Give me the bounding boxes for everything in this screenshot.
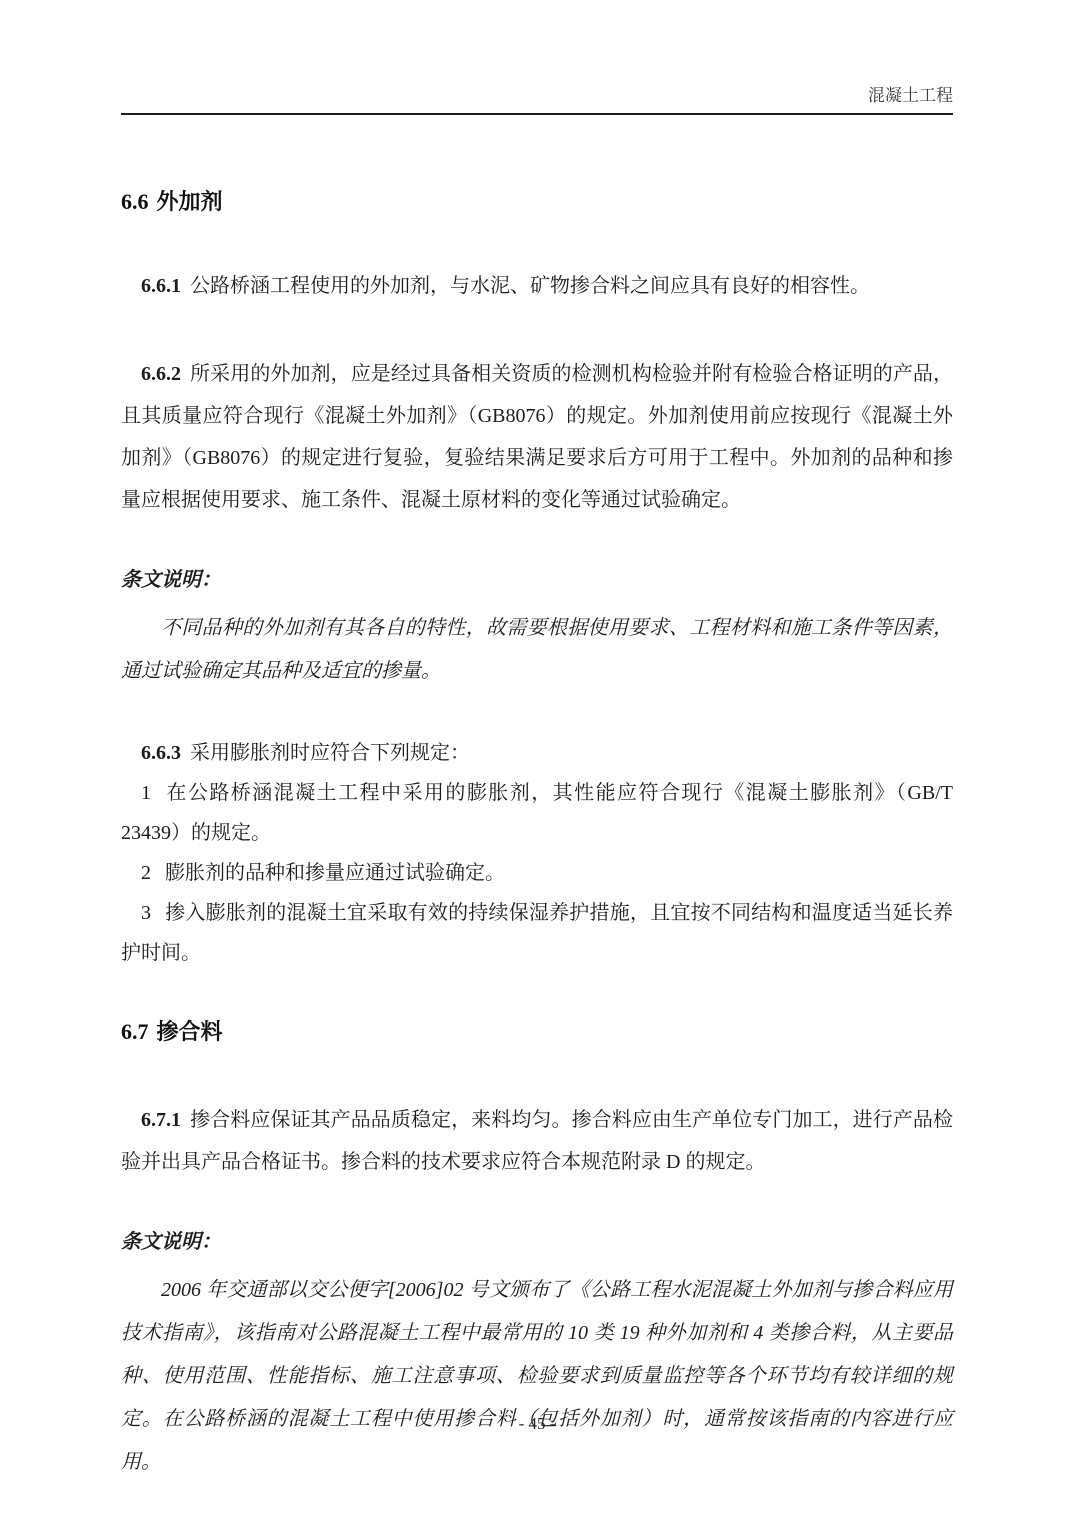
section-title: 外加剂 [157, 189, 223, 214]
item-number: 2 [141, 862, 151, 884]
commentary-label-6-7: 条文说明： [121, 1229, 953, 1255]
commentary-text-6-6: 不同品种的外加剂有其各自的特性，故需要根据使用要求、工程材料和施工条件等因素，通… [121, 607, 953, 693]
section-number: 6.6 [121, 189, 149, 214]
section-heading-6-7: 6.7掺合料 [121, 1019, 953, 1045]
clause-number: 6.6.1 [141, 275, 181, 297]
clause-text: 所采用的外加剂，应是经过具备相关资质的检测机构检验并附有检验合格证明的产品，且其… [121, 363, 953, 511]
section-title: 掺合料 [157, 1019, 223, 1044]
item-number: 3 [141, 902, 151, 924]
clause-text: 采用膨胀剂时应符合下列规定： [190, 742, 470, 764]
clause-6-6-1: 6.6.1公路桥涵工程使用的外加剂，与水泥、矿物掺合料之间应具有良好的相容性。 [121, 265, 953, 307]
list-item-1: 1在公路桥涵混凝土工程中采用的膨胀剂，其性能应符合现行《混凝土膨胀剂》（GB/T… [121, 773, 953, 853]
page-header: 混凝土工程 [121, 86, 953, 115]
list-item-3: 3掺入膨胀剂的混凝土宜采取有效的持续保湿养护措施，且宜按不同结构和温度适当延长养… [121, 893, 953, 973]
commentary-text-6-7: 2006 年交通部以交公便字[2006]02 号文颁布了《公路工程水泥混凝土外加… [121, 1269, 953, 1484]
commentary-label-6-6: 条文说明： [121, 567, 953, 593]
item-text: 掺入膨胀剂的混凝土宜采取有效的持续保湿养护措施，且宜按不同结构和温度适当延长养护… [121, 902, 953, 964]
clause-text: 掺合料应保证其产品品质稳定，来料均匀。掺合料应由生产单位专门加工，进行产品检验并… [121, 1109, 953, 1173]
clause-number: 6.6.3 [141, 742, 181, 764]
document-page: 混凝土工程 6.6外加剂 6.6.1公路桥涵工程使用的外加剂，与水泥、矿物掺合料… [0, 0, 1074, 1520]
clause-6-7-1: 6.7.1掺合料应保证其产品品质稳定，来料均匀。掺合料应由生产单位专门加工，进行… [121, 1099, 953, 1183]
list-item-2: 2膨胀剂的品种和掺量应通过试验确定。 [121, 853, 953, 893]
page-footer: - 45 - [0, 1414, 1074, 1434]
clause-6-6-3: 6.6.3采用膨胀剂时应符合下列规定： [121, 733, 953, 773]
running-header-title: 混凝土工程 [868, 86, 953, 105]
section-heading-6-6: 6.6外加剂 [121, 189, 953, 215]
clause-text: 公路桥涵工程使用的外加剂，与水泥、矿物掺合料之间应具有良好的相容性。 [190, 275, 870, 297]
clause-6-6-2: 6.6.2所采用的外加剂，应是经过具备相关资质的检测机构检验并附有检验合格证明的… [121, 353, 953, 521]
item-number: 1 [141, 782, 151, 804]
section-number: 6.7 [121, 1019, 149, 1044]
clause-number: 6.6.2 [141, 363, 181, 385]
clause-number: 6.7.1 [141, 1109, 181, 1131]
page-number: - 45 - [519, 1414, 556, 1433]
item-text: 膨胀剂的品种和掺量应通过试验确定。 [165, 862, 505, 884]
item-text: 在公路桥涵混凝土工程中采用的膨胀剂，其性能应符合现行《混凝土膨胀剂》（GB/T … [121, 782, 953, 844]
clause-6-6-3-block: 6.6.3采用膨胀剂时应符合下列规定： 1在公路桥涵混凝土工程中采用的膨胀剂，其… [121, 733, 953, 973]
